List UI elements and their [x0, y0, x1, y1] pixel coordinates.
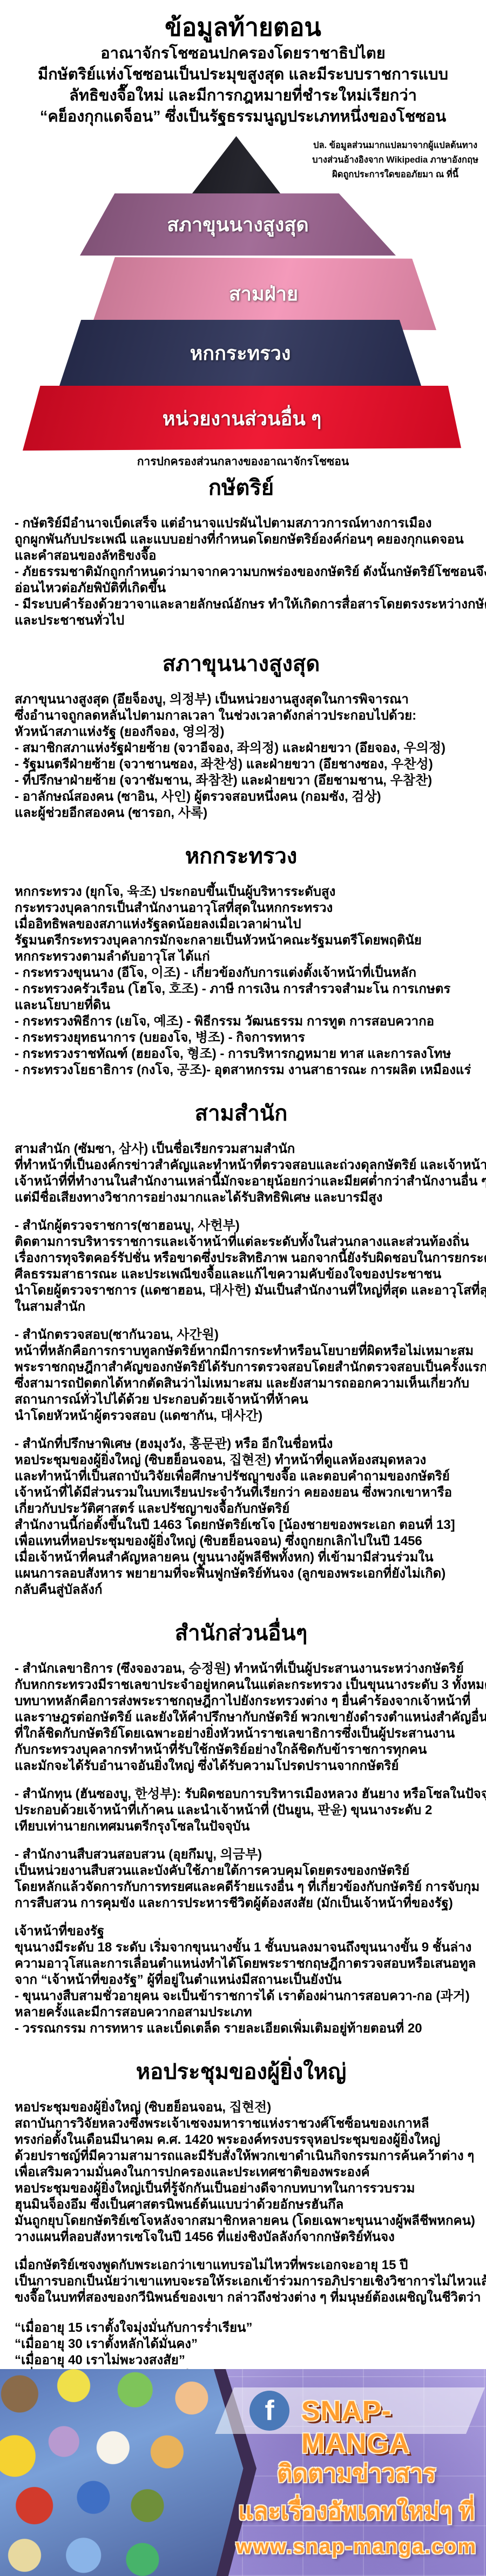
text-line: เทียบเท่านายกเทศมนตรีกรุงโซลในปัจจุบัน — [15, 1819, 468, 1835]
paragraph-block: - กษัตริย์มีอำนาจเบ็ดเสร็จ แต่อำนาจแปรผั… — [15, 515, 468, 629]
section-1: สภาขุนนางสูงสุดสภาขุนนางสูงสุด (อึยจ็องบ… — [15, 646, 468, 821]
section-5: หอประชุมของผู้ยิ่งใหญ่หอประชุมของผู้ยิ่ง… — [15, 2054, 468, 2306]
section-2: หกกระทรวงหกกระทรวง (ยุกโจ, 육조) ประกอบขึ้… — [15, 838, 468, 1078]
pyramid-level-1: สภาขุนนางสูงสุด — [80, 193, 396, 256]
paragraph-block: เจ้าหน้าที่ของรัฐขุนนางมีระดับ 18 ระดับ … — [15, 1923, 468, 2037]
text-line: - กระทรวงราชทัณฑ์ (ฮยองโจ, 형조) - การบริห… — [15, 1046, 468, 1062]
text-line: - มีระบบคำร้องด้วยวาจาและลายลักษณ์อักษร … — [15, 596, 468, 613]
quote-line: “เมื่ออายุ 40 เราไม่พะวงสงสัย” — [15, 2352, 468, 2369]
text-line: นำโดยผู้ตรวจราชการ (แดซาฮอน, 대사헌) มันเป็… — [15, 1283, 468, 1299]
paragraph-block: - สำนักทุน (ฮันซองบู, 한성부): รับผิดชอบการ… — [15, 1786, 468, 1835]
text-line: เรื่องการทุจริตคอร์รัปชั่น หรือขาดซึ่งปร… — [15, 1250, 468, 1266]
pyramid-level-2: สามฝ่าย — [91, 257, 436, 330]
text-line: และราษฎรต่อกษัตริย์ และยังให้คำปรึกษากับ… — [15, 1709, 468, 1726]
text-line: และผู้ช่วยอีกสองคน (ซารอก, 사록) — [15, 805, 468, 821]
text-line: และประชาชนทั่วไป — [15, 613, 468, 629]
pyramid-level-label: หกกระทรวง — [190, 338, 291, 368]
text-line: และทำหน้าที่เป็นสถาบันวิจัยเพื่อศึกษาปรั… — [15, 1468, 468, 1485]
text-line: - วรรณกรรม การทหาร และเบ็ดเตล็ด รายละเอี… — [15, 2021, 468, 2037]
hierarchy-pyramid: กษัตริย์สภาขุนนางสูงสุดสามฝ่ายหกกระทรวงห… — [0, 130, 486, 459]
text-line: - สำนักผู้ตรวจราชการ(ซาฮอนบู, 사헌부) — [15, 1218, 468, 1234]
text-line: - ที่ปรึกษาฝ่ายซ้าย (จวาชัมชาน, 좌참찬) และ… — [15, 773, 468, 789]
paragraph-block: เมื่อกษัตริย์เซจงพูดกับพระเอกว่าเขาแทบรอ… — [15, 2257, 468, 2306]
text-line: - สำนักที่ปรึกษาพิเศษ (ฮงมุงวัง, 홍문관) หร… — [15, 1436, 468, 1452]
text-line: และคำสอนของลัทธิขงจื๊อ — [15, 548, 468, 564]
quote-line: “เมื่ออายุ 15 เราตั้งใจมุ่งมั่นกับการร่ำ… — [15, 2320, 468, 2336]
text-line: กับหกกระทรวงมีราชเลขาประจำอยู่หกคนในแต่ล… — [15, 1677, 468, 1693]
subtitle-line: ลัทธิขงจื๊อใหม่ และมีการกฎหมายที่ชำระใหม… — [0, 85, 486, 106]
pyramid-level-label: สภาขุนนางสูงสุด — [167, 209, 308, 240]
text-line: เกี่ยวกับประวัติศาสตร์ และปรัชญาขงจื้อกั… — [15, 1501, 468, 1517]
quote-line: “เมื่ออายุ 30 เราตั้งหลักได้มั่นคง” — [15, 2336, 468, 2352]
text-line: หัวหน้าสภาแห่งรัฐ (ยองกีจอง, 영의정) — [15, 724, 468, 740]
text-line: บทบาทหลักคือการส่งพระราชกฤษฎีกาไปยังกระท… — [15, 1693, 468, 1709]
paragraph-block: - สำนักงานสืบสวนสอบสวน (อุยกึมบู, 의금부)เป… — [15, 1847, 468, 1911]
text-line: และนโยบายที่ดิน — [15, 997, 468, 1014]
text-line: - กระทรวงยุทธนาการ (บยองโจ, 병조) - กิจการ… — [15, 1030, 468, 1046]
text-line: ขุนนางมีระดับ 18 ระดับ เริ่มจากขุนนางขั้… — [15, 1940, 468, 1956]
paragraph-block: - สำนักผู้ตรวจราชการ(ซาฮอนบู, 사헌부)ติดตาม… — [15, 1218, 468, 1315]
text-line: หอประชุมของผู้ยิ่งใหญ่ (ซิบฮย็อนจอน, 집현전… — [15, 1452, 468, 1468]
text-line: ฮุนมินจ็องอึม ซึ่งเป็นศาสตรนิพนธ์ต้นแบบว… — [15, 2197, 468, 2213]
text-line: ซึ่งอำนาจถูกลดหลั่นไปตามกาลเวลา ในช่วงเว… — [15, 708, 468, 724]
text-line: - สมาชิกสภาแห่งรัฐฝ่ายซ้าย (จวาอีจอง, 좌의… — [15, 740, 468, 756]
subtitle-line: อาณาจักรโชซอนปกครองโดยราชาธิปไตย — [0, 43, 486, 64]
pyramid-level-label: หน่วยงานส่วนอื่น ๆ — [163, 403, 321, 434]
brand-logo[interactable]: SNAP-MANGA — [301, 2395, 486, 2460]
text-line: สภาขุนนางสูงสุด (อึยจ็องบู, 의정부) เป็นหน่… — [15, 692, 468, 708]
text-line: - รัฐมนตรีฝ่ายซ้าย (จวาชานซอง, 좌찬성) และฝ… — [15, 756, 468, 773]
footer-banner: f SNAP-MANGA ติดตามข่าวสาร และเรื่องอัพเ… — [0, 2369, 486, 2576]
section-heading: สามสำนัก — [15, 1096, 468, 1130]
section-heading: หอประชุมของผู้ยิ่งใหญ่ — [15, 2054, 468, 2089]
footer-tagline-1: ติดตามข่าวสาร — [232, 2454, 481, 2492]
section-heading: สภาขุนนางสูงสุด — [15, 646, 468, 681]
text-line: โดยหลักแล้วจัดการกับการทรยศและคดีร้ายแรง… — [15, 1879, 468, 1895]
site-url[interactable]: www.snap-manga.com — [232, 2535, 481, 2559]
text-line: รัฐมนตรีกระทรวงบุคลากรมักจะกลายเป็นหัวหน… — [15, 933, 468, 949]
pyramid-level-4: หน่วยงานส่วนอื่น ๆ — [23, 386, 461, 451]
text-line: เจ้าหน้าที่ได้มีส่วนรวมในบทเรียนประจำวัน… — [15, 1485, 468, 1501]
paragraph-block: - สำนักที่ปรึกษาพิเศษ (ฮงมุงวัง, 홍문관) หร… — [15, 1436, 468, 1598]
text-line: เมื่ออิทธิพลของสภาแห่งรัฐลดน้อยลงเมื่อเว… — [15, 916, 468, 933]
text-line: สำนักงานนี้ก่อตั้งขึ้นในปี 1463 โดยกษัตร… — [15, 1517, 468, 1533]
paragraph-block: สามสำนัก (ซัมซา, 삼사) เป็นชื่อเรียกรวมสาม… — [15, 1141, 468, 1206]
text-line: จาก “เจ้าหน้าที่ของรัฐ” ผู้ที่อยู่ในตำแห… — [15, 1972, 468, 1988]
text-line: เพื่อแทนที่หอประชุมของผู้ยิ่งใหญ่ (ซิบฮย… — [15, 1533, 468, 1549]
text-line: หอประชุมของผู้ยิ่งใหญ่ (ซิบฮย็อนจอน, 집현전… — [15, 2099, 468, 2116]
paragraph-block: หกกระทรวง (ยุกโจ, 육조) ประกอบขึ้นเป็นผู้บ… — [15, 884, 468, 1078]
subtitle-line: มีกษัตริย์แห่งโชซอนเป็นประมุขสูงสุด และม… — [0, 64, 486, 85]
cartoon-collage-art — [0, 2369, 246, 2576]
text-line: - สำนักทุน (ฮันซองบู, 한성부): รับผิดชอบการ… — [15, 1786, 468, 1802]
text-line: หลายครั้งและมีการสอบควากอสามประเภท — [15, 2004, 468, 2021]
text-line: เมื่อกษัตริย์เซจงพูดกับพระเอกว่าเขาแทบรอ… — [15, 2257, 468, 2273]
section-3: สามสำนักสามสำนัก (ซัมซา, 삼사) เป็นชื่อเรี… — [15, 1096, 468, 1598]
text-line: วางแผนที่ลอบสังหารเซโจในปี 1456 ที่แย่งช… — [15, 2229, 468, 2245]
text-line: ที่ทำหน้าที่เป็นองค์กรข่าวสำคัญและทำหน้า… — [15, 1157, 468, 1173]
text-line: - สำนักงานสืบสวนสอบสวน (อุยกึมบู, 의금부) — [15, 1847, 468, 1863]
text-line: ศีลธรรมสาธารณะ และประเพณีขงจื้อและแก้ไขค… — [15, 1266, 468, 1283]
page-title: ข้อมูลท้ายตอน — [0, 8, 486, 47]
paragraph-block: - สำนักเลขาธิการ (ซึงจองวอน, 승정원) ทำหน้า… — [15, 1661, 468, 1774]
text-line: ประกอบด้วยเจ้าหน้าที่เก้าคน และนำเจ้าหน้… — [15, 1802, 468, 1819]
text-line: อ่อนไหวต่อภัยพิบัติที่เกิดขึ้น — [15, 580, 468, 596]
text-line: เป็นหน่วยงานสืบสวนและบังคับใช้ภายใต้การค… — [15, 1863, 468, 1879]
text-line: ที่ใกล้ชิดกับกษัตริย์โดยเฉพาะอย่างยิ่งหั… — [15, 1726, 468, 1742]
section-heading: หกกระทรวง — [15, 838, 468, 873]
subtitle-line: “คย็องกุกแดจ็อน” ซึ่งเป็นรัฐธรรมนูญประเภ… — [0, 106, 486, 128]
pyramid-level-label: สามฝ่าย — [229, 278, 298, 309]
text-line: หกกระทรวงตามลำดับอาวุโส ได้แก่ — [15, 949, 468, 965]
paragraph-block: สภาขุนนางสูงสุด (อึยจ็องบู, 의정부) เป็นหน่… — [15, 692, 468, 821]
text-line: - กระทรวงขุนนาง (อีโจ, 이조) - เกี่ยวข้องก… — [15, 965, 468, 981]
text-line: - กษัตริย์มีอำนาจเบ็ดเสร็จ แต่อำนาจแปรผั… — [15, 515, 468, 532]
text-line: กับกระทรวงบุคลากรทำหน้าที่รับใช้กษัตริย์… — [15, 1742, 468, 1758]
page-subtitle: อาณาจักรโชซอนปกครองโดยราชาธิปไตยมีกษัตริ… — [0, 43, 486, 128]
text-line: เจ้าหน้าที่ที่ทำงานในสำนักงานเหล่านี้มัก… — [15, 1173, 468, 1190]
text-line: ความอาวุโสและการเลื่อนตำแหน่งทำได้โดยพระ… — [15, 1956, 468, 1972]
text-line: การสืบสวน การคุมขัง และการประหารชีวิตผู้… — [15, 1895, 468, 1911]
text-line: - กระทรวงโยธาธิการ (กงโจ, 공조)- อุตสาหกรร… — [15, 1062, 468, 1078]
text-line: มันถูกยุบโดยกษัตริย์เซโจหลังจากสมาชิกหลา… — [15, 2213, 468, 2229]
section-4: สำนักส่วนอื่นๆ- สำนักเลขาธิการ (ซึงจองวอ… — [15, 1615, 468, 2037]
section-0: กษัตริย์- กษัตริย์มีอำนาจเบ็ดเสร็จ แต่อำ… — [15, 470, 468, 629]
pyramid-level-3: หกกระทรวง — [59, 320, 421, 386]
text-line: สามสำนัก (ซัมซา, 삼사) เป็นชื่อเรียกรวมสาม… — [15, 1141, 468, 1157]
text-line: สถาบันการวิจัยหลวงซึ่งพระเจ้าเซจงมหาราชแ… — [15, 2116, 468, 2132]
text-line: เพื่อเสริมความมั่นคงในการปกครองและประเทศ… — [15, 2164, 468, 2181]
cartoon-collage — [0, 2369, 256, 2576]
text-line: กลับคืนสู่บัลลังก์ — [15, 1582, 468, 1598]
page: ข้อมูลท้ายตอน อาณาจักรโชซอนปกครองโดยราชา… — [0, 0, 486, 2576]
text-line: เป็นการบอกเป็นนัยว่าเขาแทบจะรอให้ระเอกเข… — [15, 2273, 468, 2290]
text-line: - กระทรวงพิธีการ (เยโจ, 예조) - พิธีกรรม ว… — [15, 1014, 468, 1030]
text-line: ติดตามการบริหารราชการและเจ้าหน้าที่แต่ละ… — [15, 1234, 468, 1250]
facebook-letter: f — [265, 2394, 274, 2427]
text-line: นำโดยหัวหน้าผู้ตรวจสอบ (แดซากัน, 대사간) — [15, 1408, 468, 1424]
text-line: - อาลักษณ์สองคน (ซาอิน, 사인) ผู้ตรวจสอบหน… — [15, 789, 468, 805]
text-line: - ภัยธรรมชาติมักถูกกำหนดว่ามาจากความบกพร… — [15, 564, 468, 580]
text-line: ถูกผูกพันกับประเพณี และแบบอย่างที่กำหนดโ… — [15, 532, 468, 548]
text-line: เจ้าหน้าที่ของรัฐ — [15, 1923, 468, 1940]
text-line: แต่มีชื่อเสียงทางวิชาการอย่างมากและได้รั… — [15, 1190, 468, 1206]
article-body: กษัตริย์- กษัตริย์มีอำนาจเบ็ดเสร็จ แต่อำ… — [0, 468, 486, 2417]
text-line: หอประชุมของผู้ยิ่งใหญ่เป็นที่รู้จักกันเป… — [15, 2181, 468, 2197]
text-line: - กระทรวงครัวเรือน (โฮโจ, 호조) - ภาษี การ… — [15, 981, 468, 997]
paragraph-block: - สำนักตรวจสอบ(ซากันวอน, 사간원)หน้าที่หลัก… — [15, 1327, 468, 1424]
text-line: เมื่อเจ้าหน้าที่คนสำคัญหลายคน (ขุนนางผู้… — [15, 1549, 468, 1566]
text-line: ด้วยปราชญ์ที่มีความสามารถและมีรับสั่งให้… — [15, 2148, 468, 2164]
text-line: แผนการลอบสังหาร พยายามที่จะฟื้นฟูกษัตริย… — [15, 1566, 468, 1582]
footer-tagline-2: และเรื่องอัพเดทใหม่ๆ ที่ — [232, 2492, 481, 2530]
text-line: - สำนักเลขาธิการ (ซึงจองวอน, 승정원) ทำหน้า… — [15, 1661, 468, 1677]
text-line: ทรงก่อตั้งในเดือนมีนาคม ค.ศ. 1420 พระองค… — [15, 2132, 468, 2148]
text-line: พระราชกฤษฎีกาสำคัญของกษัตริย์ได้รับการตร… — [15, 1359, 468, 1376]
paragraph-block: หอประชุมของผู้ยิ่งใหญ่ (ซิบฮย็อนจอน, 집현전… — [15, 2099, 468, 2245]
text-line: ซึ่งสามารถปัดตกได้หากตัดสินว่าไม่เหมาะสม… — [15, 1376, 468, 1392]
text-line: และมักจะได้รับอำนาจอันยิ่งใหญ่ ซึ่งได้รั… — [15, 1758, 468, 1774]
text-line: - สำนักตรวจสอบ(ซากันวอน, 사간원) — [15, 1327, 468, 1343]
text-line: หกกระทรวง (ยุกโจ, 육조) ประกอบขึ้นเป็นผู้บ… — [15, 884, 468, 900]
text-line: ในสามสำนัก — [15, 1299, 468, 1315]
text-line: - ขุนนางสืบสามชั่วอายุคน จะเป็นข้าราชการ… — [15, 1988, 468, 2004]
facebook-icon[interactable]: f — [249, 2391, 289, 2431]
text-line: หน้าที่หลักคือการกราบทูลกษัตริย์หากมีการ… — [15, 1343, 468, 1359]
text-line: ขงจื๊อในบทที่สองของกวีนิพนธ์ของเขา กล่าว… — [15, 2290, 468, 2306]
text-line: สถานการณ์ทั่วไปได้ด้วย ประกอบด้วยเจ้าหน้… — [15, 1392, 468, 1408]
section-heading: กษัตริย์ — [15, 470, 468, 505]
section-heading: สำนักส่วนอื่นๆ — [15, 1615, 468, 1650]
text-line: กระทรวงบุคลากรเป็นสำนักงานอาวุโสที่สุดใน… — [15, 900, 468, 916]
